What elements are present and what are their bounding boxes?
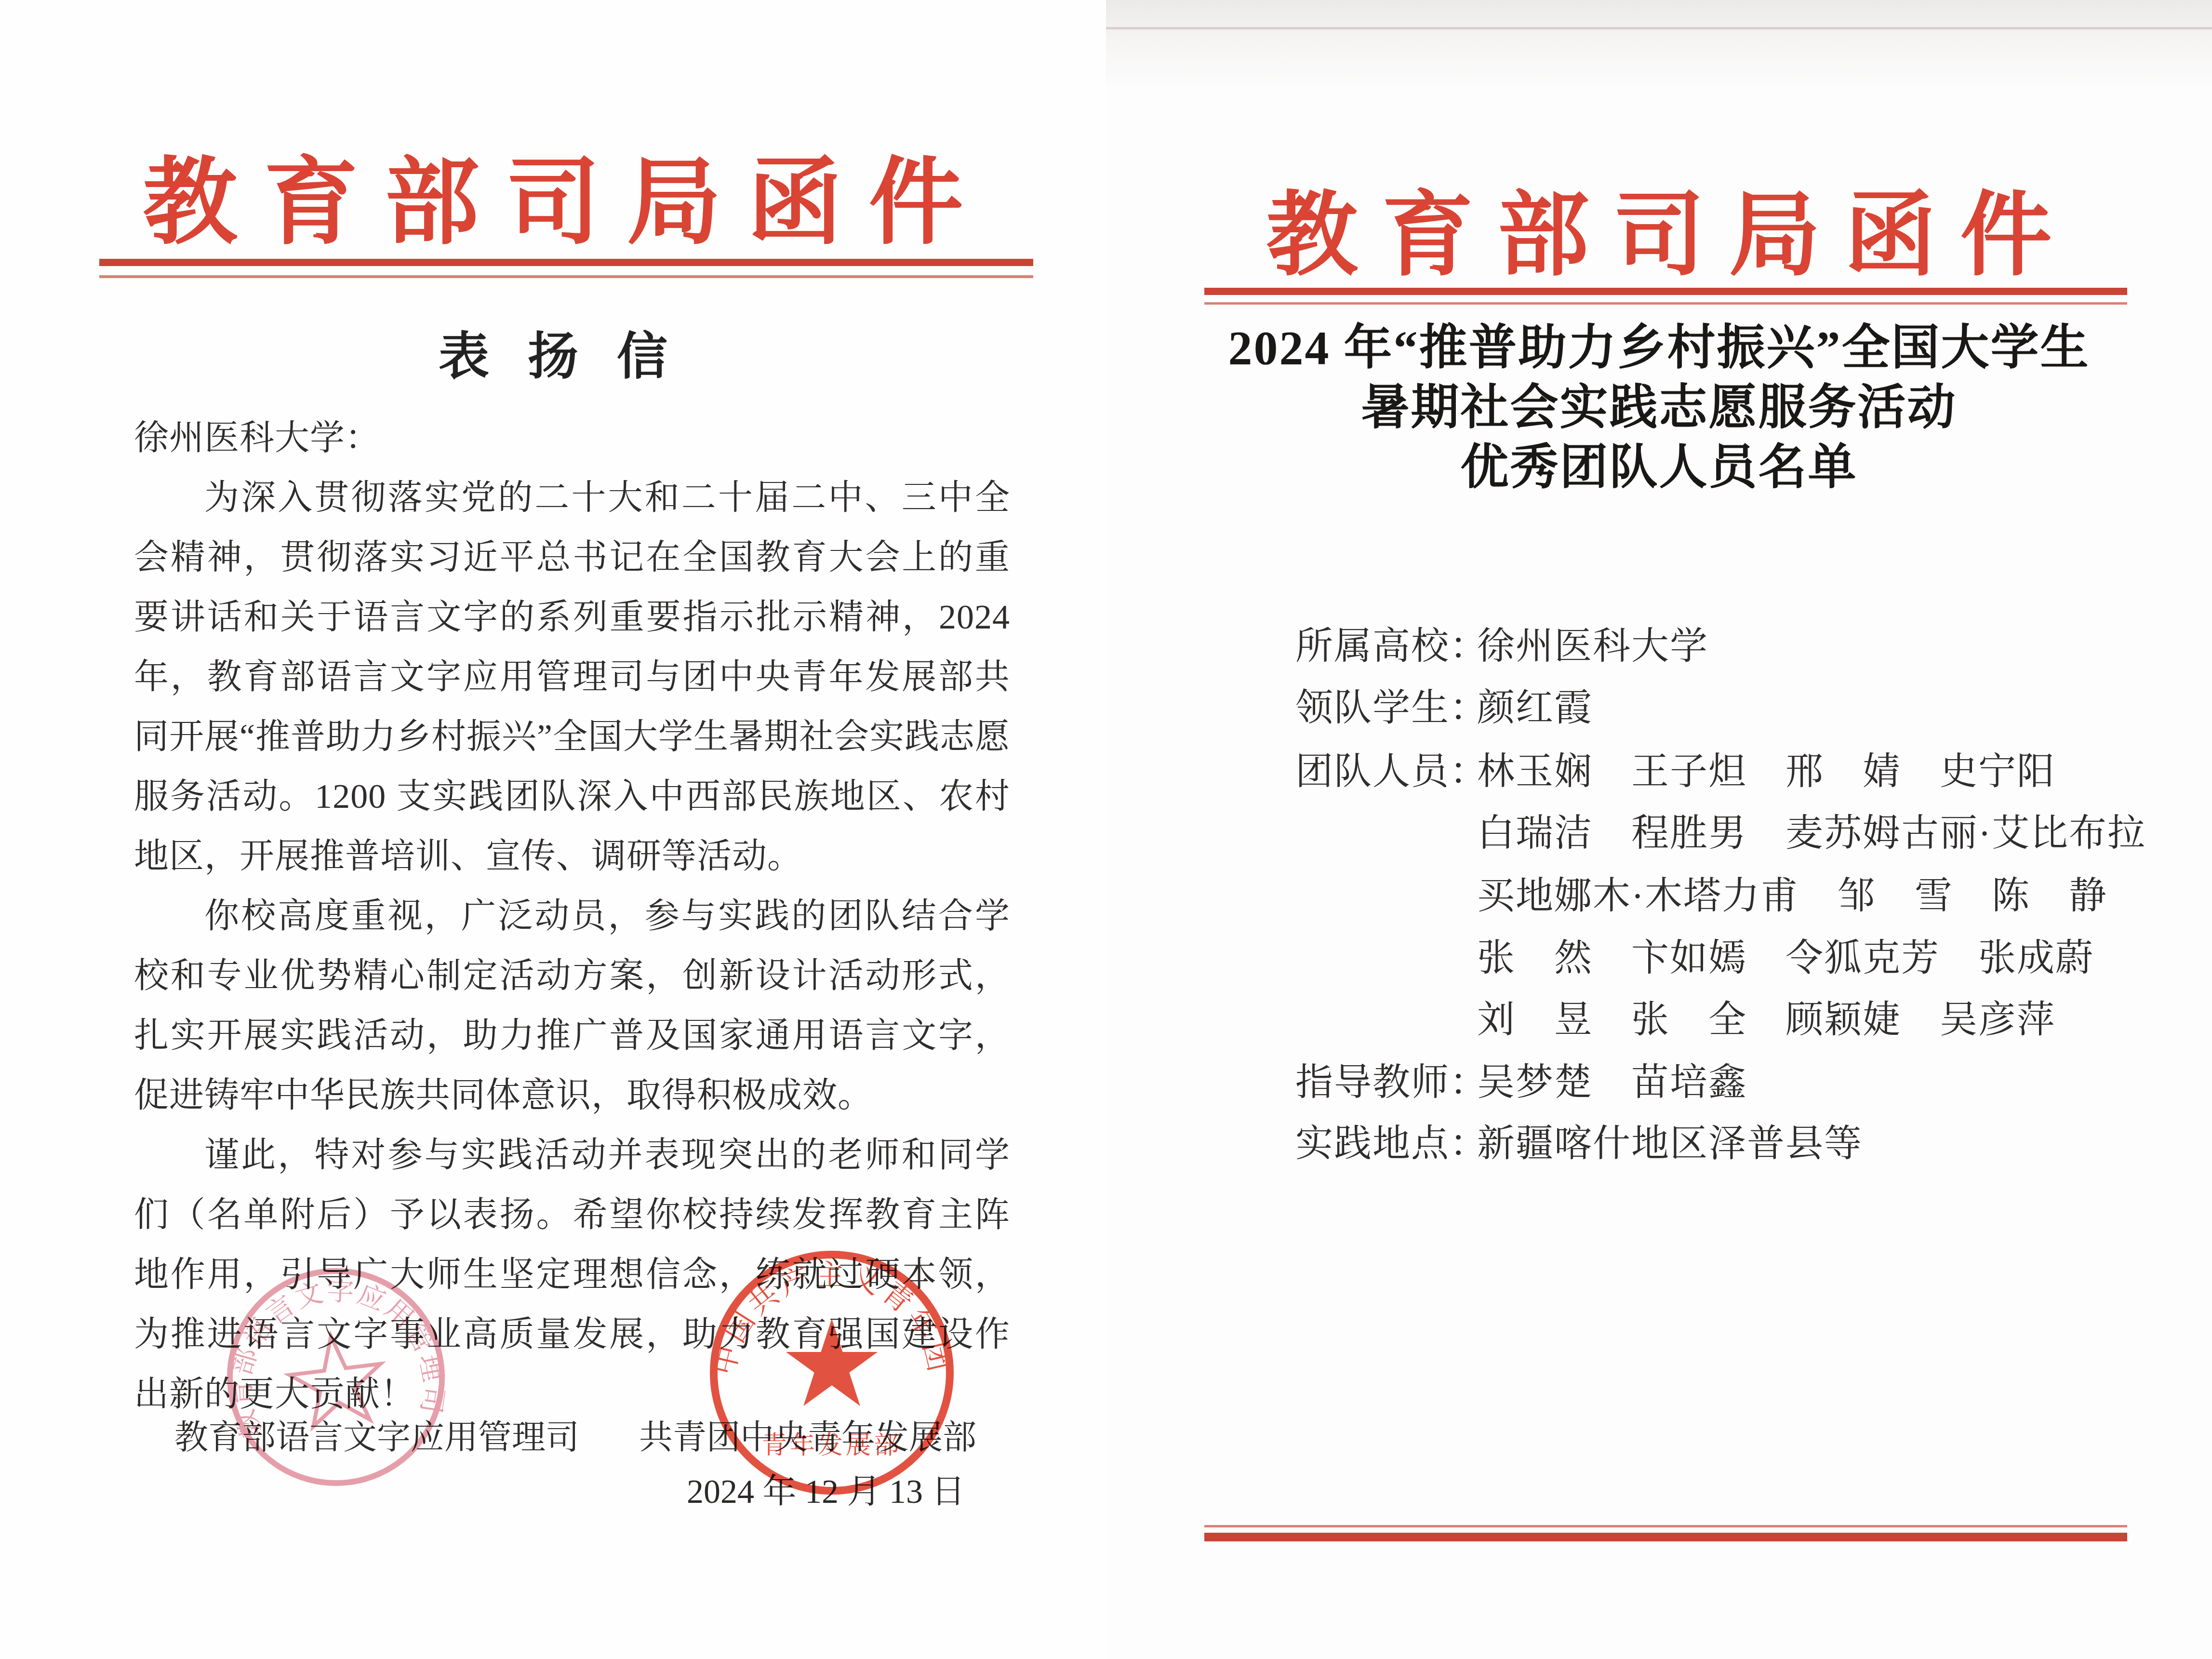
team-members-row: 刘 昱 张 全 顾颖婕 吴彦萍 <box>1477 990 2055 1044</box>
field-label: 领队学生： <box>1295 678 1477 732</box>
official-seal-youth-league-icon: 中国共产主义青年团 青年发展部 <box>705 1245 959 1500</box>
field-team-members: 团队人员：林玉娴 王子炟 邢 婧 史宁阳 <box>1295 741 2055 795</box>
team-members-row: 林玉娴 王子炟 邢 婧 史宁阳 <box>1477 750 2055 792</box>
field-school: 所属高校：徐州医科大学 <box>1295 616 1708 670</box>
letter-title: 表扬信 <box>0 316 1106 388</box>
footer-rule-thick <box>1204 1533 2127 1541</box>
agency-header-banner: 教育部司局函件 <box>1106 161 2212 293</box>
seal-ring-text: 教育部语言文字应用管理司 <box>213 1263 453 1443</box>
field-value: 徐州医科大学 <box>1477 625 1708 667</box>
roster-title-line: 优秀团队人员名单 <box>1106 438 2212 497</box>
salutation: 徐州医科大学： <box>134 408 1010 468</box>
team-members-row: 白瑞洁 程胜男 麦苏姆古丽·艾比布拉 <box>1477 803 2146 857</box>
roster-title-line: 暑期社会实践志愿服务活动 <box>1106 378 2212 438</box>
field-label: 实践地点： <box>1295 1113 1477 1167</box>
header-rule-thin <box>1204 302 2127 305</box>
header-rule-thick <box>1204 288 2127 295</box>
letter-page: 教育部司局函件 表扬信 徐州医科大学： 为深入贯彻落实党的二十大和二十届二中、三… <box>0 0 1106 1659</box>
paragraph: 你校高度重视，广泛动员，参与实践的团队结合学校和专业优势精心制定活动方案，创新设… <box>134 886 1010 1125</box>
field-label: 指导教师： <box>1295 1052 1477 1106</box>
seal-bottom-text: 青年发展部 <box>762 1432 902 1459</box>
field-advisors: 指导教师：吴梦楚 苗培鑫 <box>1295 1052 1747 1106</box>
roster-page: 教育部司局函件 2024 年“推普助力乡村振兴”全国大学生 暑期社会实践志愿服务… <box>1106 0 2212 1659</box>
star-outline-icon <box>285 1331 387 1429</box>
header-rule-thick <box>99 259 1033 266</box>
agency-header-banner: 教育部司局函件 <box>0 126 1106 262</box>
official-seal-moe-language-icon: 教育部语言文字应用管理司 <box>209 1250 463 1504</box>
paragraph: 为深入贯彻落实党的二十大和二十届二中、三中全会精神，贯彻落实习近平总书记在全国教… <box>134 468 1010 886</box>
team-members-row: 买地娜木·木塔力甫 邹 雪 陈 静 <box>1477 866 2107 920</box>
star-icon <box>786 1319 878 1406</box>
field-label: 团队人员： <box>1295 741 1477 795</box>
field-team-leader: 领队学生：颜红霞 <box>1295 678 1593 732</box>
team-members-row: 张 然 卞如嫣 令狐克芳 张成蔚 <box>1477 928 2094 982</box>
field-value: 吴梦楚 苗培鑫 <box>1477 1061 1747 1103</box>
roster-title-line: 2024 年“推普助力乡村振兴”全国大学生 <box>1106 318 2212 378</box>
field-value: 新疆喀什地区泽普县等 <box>1477 1123 1863 1164</box>
footer-rule-thin <box>1204 1525 2127 1527</box>
scanned-commendation-letter: 教育部司局函件 表扬信 徐州医科大学： 为深入贯彻落实党的二十大和二十届二中、三… <box>0 0 2212 1659</box>
field-practice-site: 实践地点：新疆喀什地区泽普县等 <box>1295 1113 1863 1167</box>
field-label: 所属高校： <box>1295 616 1477 670</box>
scan-artifact-line <box>1106 27 2212 29</box>
roster-title: 2024 年“推普助力乡村振兴”全国大学生 暑期社会实践志愿服务活动 优秀团队人… <box>1106 318 2212 497</box>
header-rule-thin <box>99 275 1033 278</box>
svg-text:教育部语言文字应用管理司: 教育部语言文字应用管理司 <box>213 1263 453 1443</box>
field-value: 颜红霞 <box>1477 687 1593 729</box>
